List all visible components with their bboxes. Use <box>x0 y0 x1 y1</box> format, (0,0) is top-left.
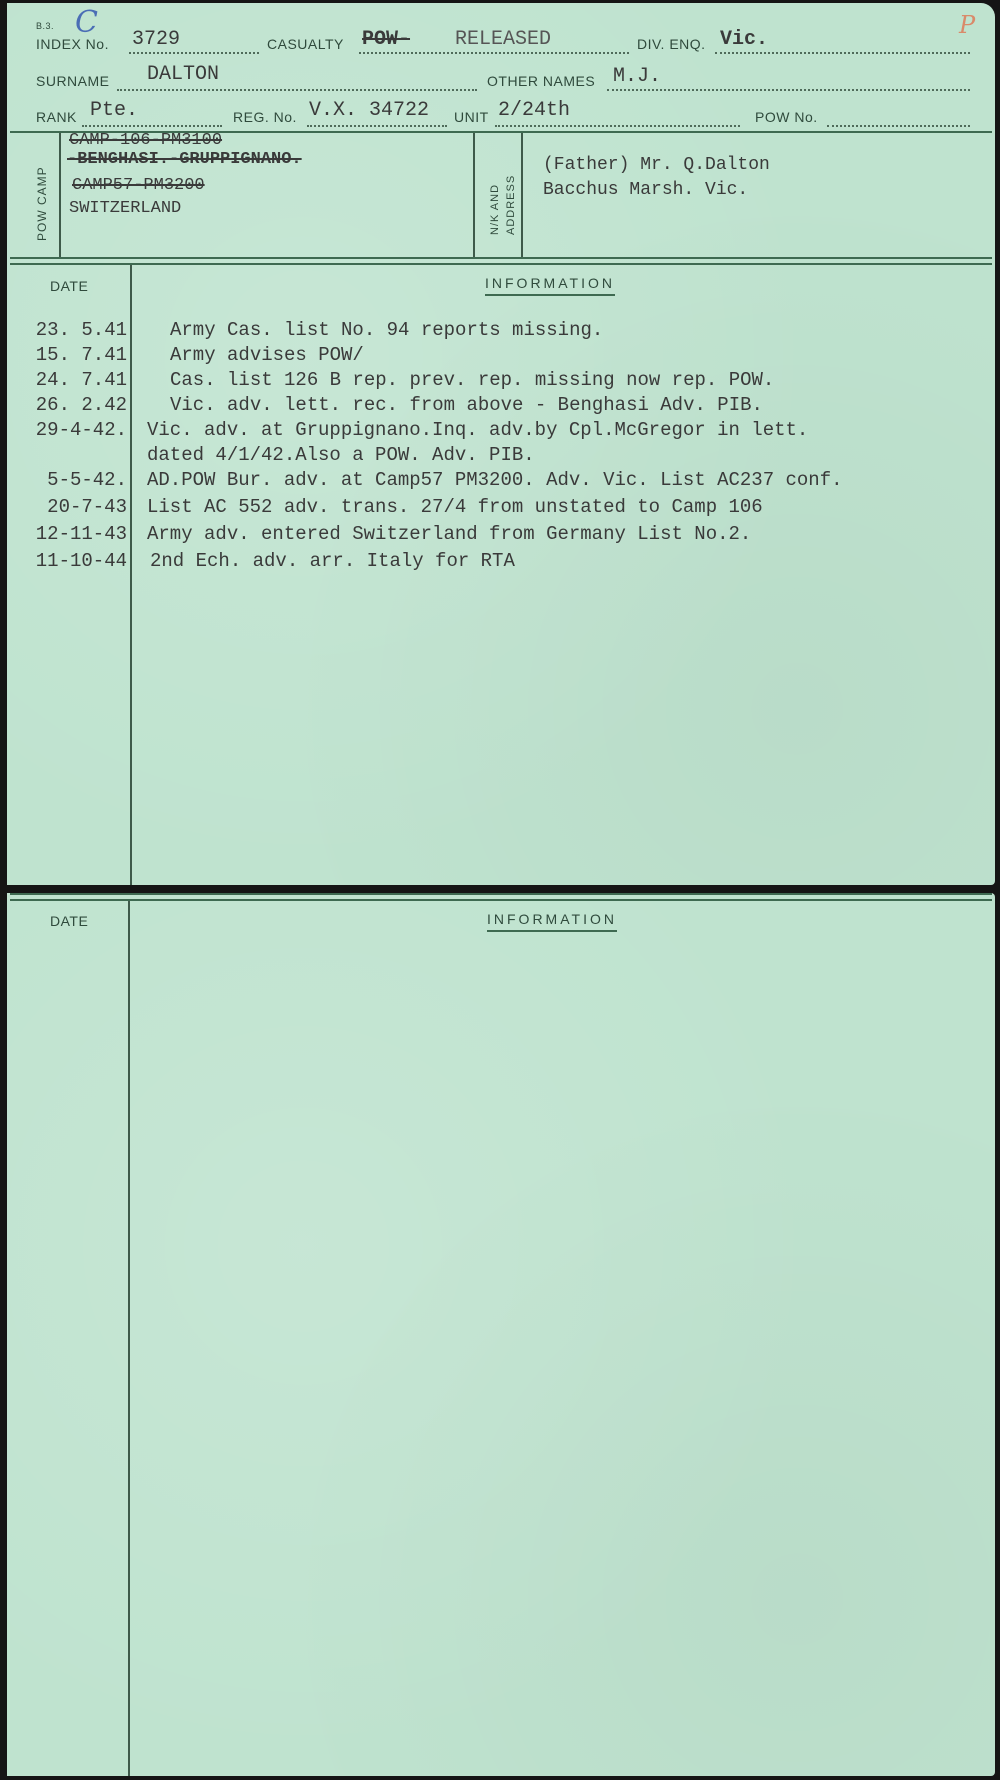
handwritten-mark: C <box>75 5 98 40</box>
entry-info: 2nd Ech. adv. arr. Italy for RTA <box>150 550 515 572</box>
pow-camp-line: CAMP57-PM3200 <box>72 176 205 195</box>
entry-date: 24. 7.41 <box>36 369 127 391</box>
record-card-back: DATE INFORMATION <box>7 893 995 1776</box>
unit-label: UNIT <box>454 109 489 125</box>
pow-camp-label: POW CAMP <box>35 166 49 241</box>
rank-value: Pte. <box>90 99 138 122</box>
nk-label-line1: N/K AND <box>489 184 501 235</box>
pow-no-label: POW No. <box>755 109 818 125</box>
casualty-label: CASUALTY <box>267 36 344 52</box>
index-no-value: 3729 <box>132 28 180 51</box>
reg-no-label: REG. No. <box>233 109 297 125</box>
information-header: INFORMATION <box>487 911 617 932</box>
reg-no-value: V.X. 34722 <box>309 99 429 122</box>
nk-label-line2: ADDRESS <box>505 175 517 235</box>
date-header: DATE <box>50 913 88 929</box>
casualty-struck-value: POW- <box>362 28 410 51</box>
entry-info: Cas. list 126 B rep. prev. rep. missing … <box>170 369 774 391</box>
entry-date: 11-10-44 <box>36 550 127 572</box>
entry-date: 23. 5.41 <box>36 319 127 341</box>
pow-camp-line: -BENGHASI.-GRUPPIGNANO. <box>67 150 302 169</box>
entry-info: Vic. adv. at Gruppignano.Inq. adv.by Cpl… <box>147 419 808 441</box>
div-enq-label: DIV. ENQ. <box>637 36 706 52</box>
other-names-value: M.J. <box>613 65 661 88</box>
information-header: INFORMATION <box>485 275 615 296</box>
entry-info: dated 4/1/42.Also a POW. Adv. PIB. <box>147 444 535 466</box>
rank-label: RANK <box>36 109 77 125</box>
nk-address-line: Bacchus Marsh. Vic. <box>543 180 748 200</box>
unit-value: 2/24th <box>498 99 570 122</box>
entry-date: 15. 7.41 <box>36 344 127 366</box>
other-names-label: OTHER NAMES <box>487 73 595 89</box>
nk-address-line: (Father) Mr. Q.Dalton <box>543 155 770 175</box>
surname-label: SURNAME <box>36 73 110 89</box>
entry-info: AD.POW Bur. adv. at Camp57 PM3200. Adv. … <box>147 469 843 491</box>
pow-camp-line: CAMP-106-PM3100 <box>69 131 222 150</box>
date-header: DATE <box>50 278 88 294</box>
entry-info: Army advises POW/ <box>170 344 364 366</box>
div-enq-value: Vic. <box>720 28 768 51</box>
form-code: B.3. <box>36 21 54 31</box>
entry-info: Army adv. entered Switzerland from Germa… <box>147 523 751 545</box>
pow-camp-line: SWITZERLAND <box>69 199 181 218</box>
index-no-label: INDEX No. <box>36 36 109 52</box>
entry-date: 20-7-43 <box>47 496 127 518</box>
entry-date: 12-11-43 <box>36 523 127 545</box>
casualty-value: RELEASED <box>455 28 551 51</box>
record-card-front: B.3. C P INDEX No. 3729 CASUALTY POW- RE… <box>7 3 995 885</box>
entry-info: List AC 552 adv. trans. 27/4 from unstat… <box>147 496 763 518</box>
entry-date: 29-4-42. <box>36 419 127 441</box>
entry-date: 5-5-42. <box>47 469 127 491</box>
entry-info: Vic. adv. lett. rec. from above - Bengha… <box>170 394 763 416</box>
corner-mark: P <box>959 11 975 39</box>
entry-info: Army Cas. list No. 94 reports missing. <box>170 319 603 341</box>
entry-date: 26. 2.42 <box>36 394 127 416</box>
surname-value: DALTON <box>147 63 219 86</box>
